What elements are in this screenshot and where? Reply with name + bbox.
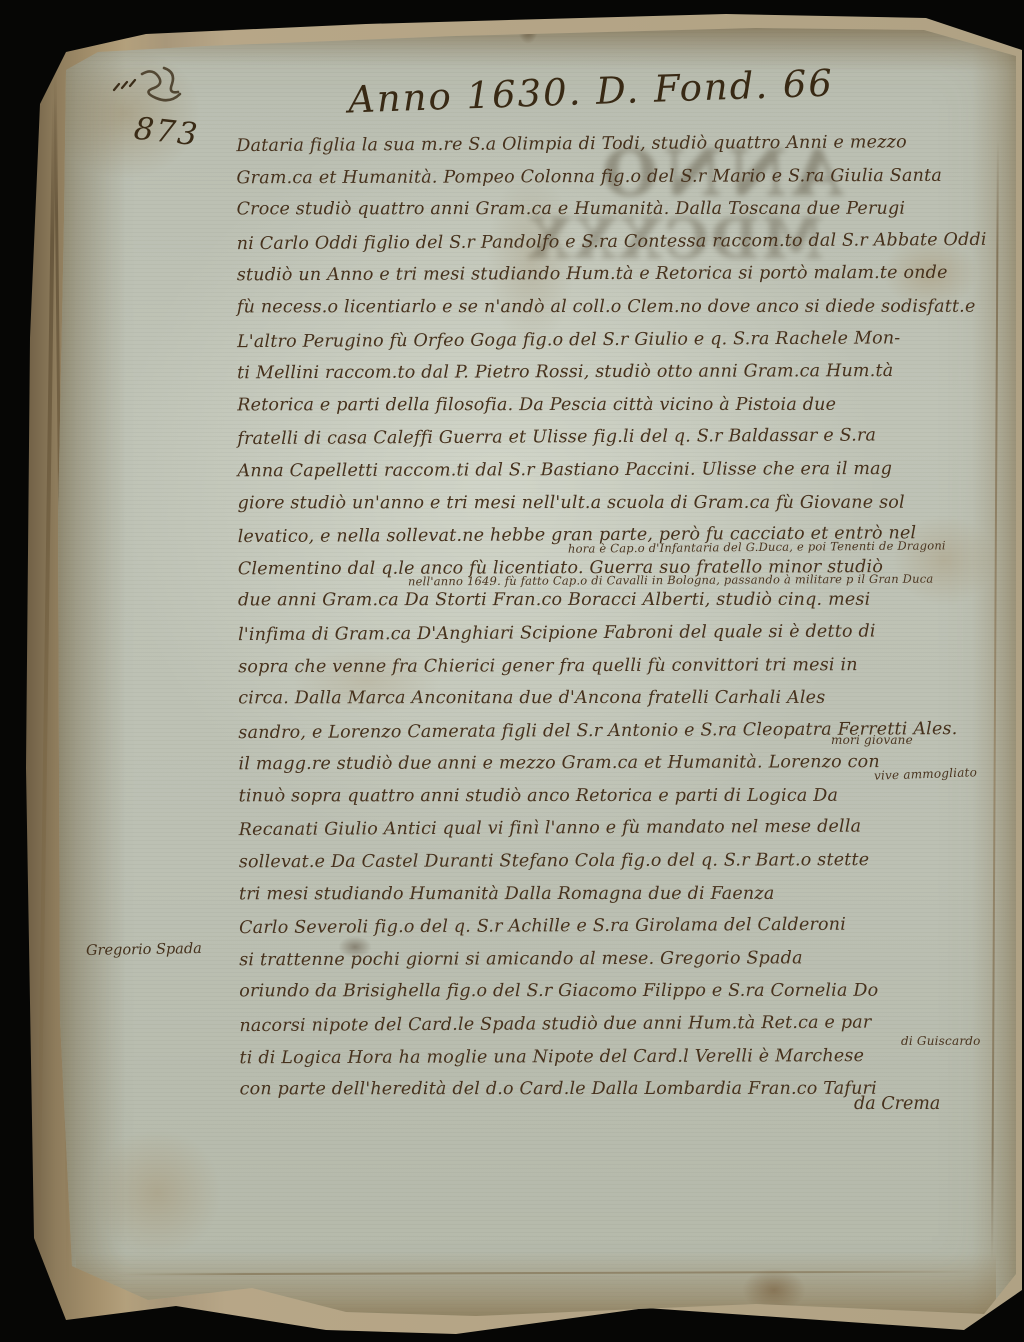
manuscript-page: ANNO MDCXXX Anno 1630. D. Fond. 66 873 D… [56, 20, 1016, 1320]
edge-vignette [56, 20, 1016, 1320]
manuscript-scan: ANNO MDCXXX Anno 1630. D. Fond. 66 873 D… [0, 0, 1024, 1342]
page-stack-edge [36, 98, 56, 1278]
